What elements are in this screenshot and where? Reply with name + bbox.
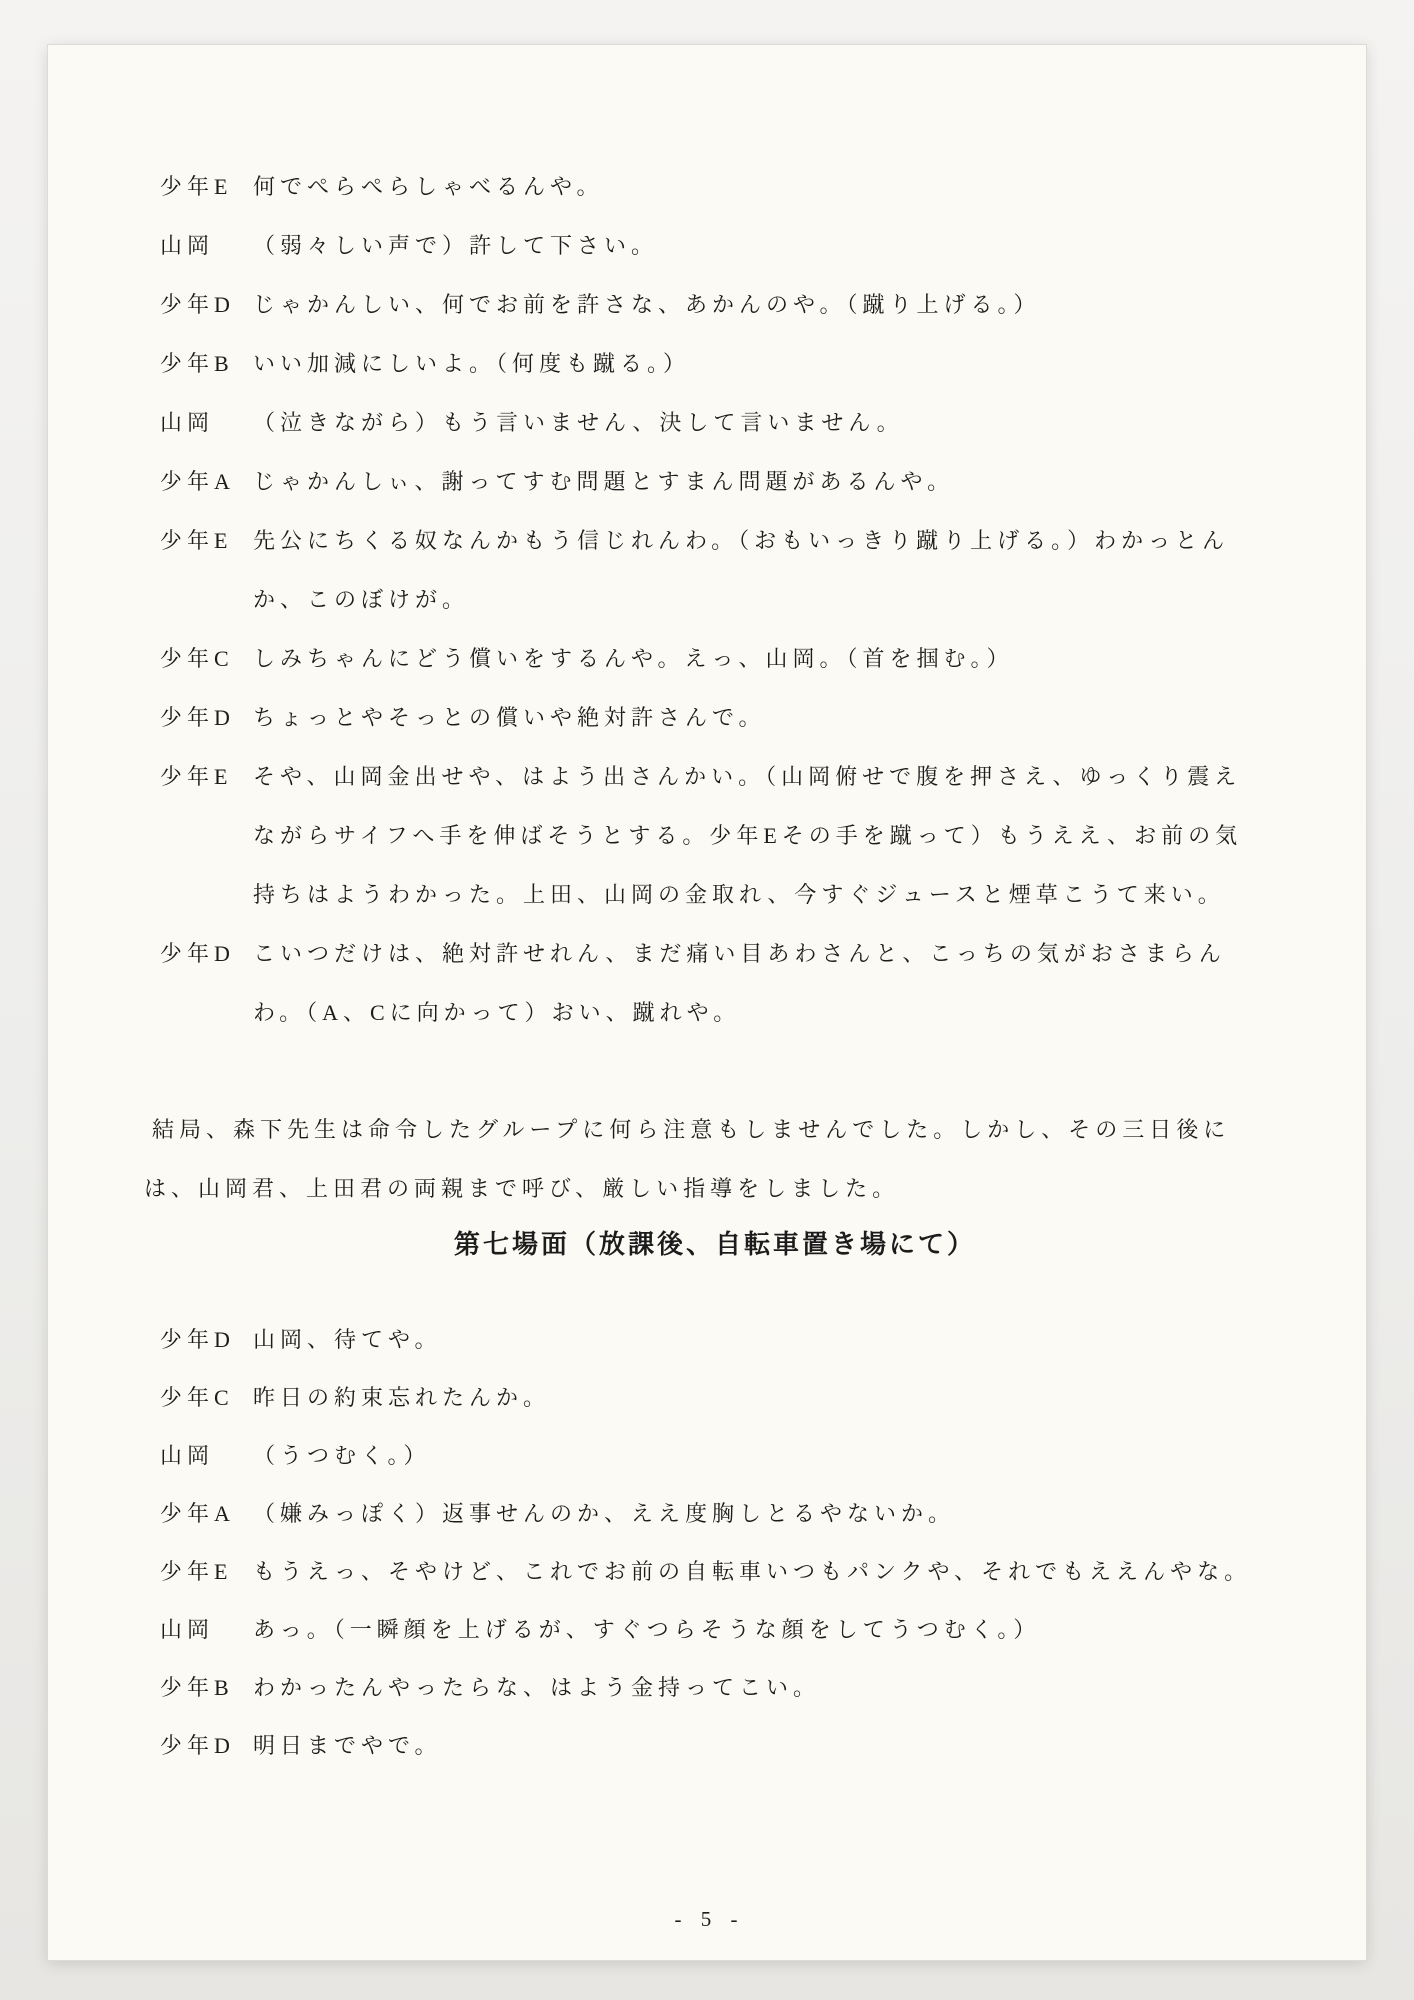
dialogue-text: あっ。（一瞬顔を上げるが、すぐつらそうな顔をしてうつむく。） [253,1601,1265,1659]
dialogue-line: 少年A （嫌みっぽく）返事せんのか、ええ度胸しとるやないか。 [160,1485,1270,1543]
scene-heading: 第七場面（放課後、自転車置き場にて） [160,1224,1270,1264]
speaker-label: 少年E [160,747,253,806]
speaker-label: 少年C [160,629,253,688]
dialogue-text: ちょっとやそっとの償いや絶対許さんで。 [253,688,1243,747]
dialogue-text: いい加減にしいよ。（何度も蹴る。） [253,334,1243,393]
dialogue-text: そや、山岡金出せや、はよう出さんかい。（山岡俯せで腹を押さえ、ゆっくり震えながら… [253,747,1243,924]
dialogue-line: 山岡 （うつむく。） [160,1427,1270,1485]
dialogue-line: 少年D 山岡、待てや。 [160,1311,1270,1369]
speaker-label: 少年C [160,1369,253,1427]
dialogue-line: 少年D 明日までやで。 [160,1717,1270,1775]
dialogue-text: （嫌みっぽく）返事せんのか、ええ度胸しとるやないか。 [253,1485,1265,1543]
speaker-label: 山岡 [160,216,253,275]
dialogue-text: 昨日の約束忘れたんか。 [253,1369,1265,1427]
scene7-dialogue-block: 少年D 山岡、待てや。 少年C 昨日の約束忘れたんか。 山岡 （うつむく。） 少… [160,1311,1270,1775]
dialogue-line: 少年C しみちゃんにどう償いをするんや。えっ、山岡。（首を掴む。） [160,629,1270,688]
dialogue-line: 少年E 先公にちくる奴なんかもう信じれんわ。（おもいっきり蹴り上げる。）わかっと… [160,511,1270,629]
dialogue-text: （泣きながら）もう言いません、決して言いません。 [253,393,1243,452]
dialogue-text: わかったんやったらな、はよう金持ってこい。 [253,1659,1265,1717]
speaker-label: 山岡 [160,1427,253,1485]
speaker-label: 少年D [160,688,253,747]
dialogue-text: 明日までやで。 [253,1717,1265,1775]
dialogue-line: 少年B いい加減にしいよ。（何度も蹴る。） [160,334,1270,393]
dialogue-text: じゃかんしぃ、謝ってすむ問題とすまん問題があるんや。 [253,452,1243,511]
dialogue-text: しみちゃんにどう償いをするんや。えっ、山岡。（首を掴む。） [253,629,1243,688]
page-number: - 5 - [48,1907,1366,1932]
dialogue-text: （うつむく。） [253,1427,1265,1485]
speaker-label: 少年D [160,1717,253,1775]
dialogue-line: 少年D ちょっとやそっとの償いや絶対許さんで。 [160,688,1270,747]
speaker-label: 少年B [160,1659,253,1717]
dialogue-text: 先公にちくる奴なんかもう信じれんわ。（おもいっきり蹴り上げる。）わかっとんか、こ… [253,511,1243,629]
dialogue-line: 少年A じゃかんしぃ、謝ってすむ問題とすまん問題があるんや。 [160,452,1270,511]
dialogue-line: 少年E そや、山岡金出せや、はよう出さんかい。（山岡俯せで腹を押さえ、ゆっくり震… [160,747,1270,924]
speaker-label: 少年D [160,1311,253,1369]
speaker-label: 少年D [160,275,253,334]
document-page: 少年E 何でぺらぺらしゃべるんや。 山岡 （弱々しい声で）許して下さい。 少年D… [48,45,1366,1960]
dialogue-line: 山岡 （弱々しい声で）許して下さい。 [160,216,1270,275]
dialogue-line: 少年E 何でぺらぺらしゃべるんや。 [160,157,1270,216]
dialogue-line: 山岡 あっ。（一瞬顔を上げるが、すぐつらそうな顔をしてうつむく。） [160,1601,1270,1659]
scene6-dialogue-block: 少年E 何でぺらぺらしゃべるんや。 山岡 （弱々しい声で）許して下さい。 少年D… [160,157,1270,1042]
dialogue-line: 少年B わかったんやったらな、はよう金持ってこい。 [160,1659,1270,1717]
speaker-label: 少年B [160,334,253,393]
page-content: 少年E 何でぺらぺらしゃべるんや。 山岡 （弱々しい声で）許して下さい。 少年D… [48,45,1366,1960]
dialogue-text: 何でぺらぺらしゃべるんや。 [253,157,1243,216]
dialogue-line: 少年D じゃかんしい、何でお前を許さな、あかんのや。（蹴り上げる。） [160,275,1270,334]
dialogue-text: （弱々しい声で）許して下さい。 [253,216,1243,275]
speaker-label: 山岡 [160,1601,253,1659]
dialogue-text: 山岡、待てや。 [253,1311,1265,1369]
dialogue-text: じゃかんしい、何でお前を許さな、あかんのや。（蹴り上げる。） [253,275,1243,334]
speaker-label: 少年A [160,1485,253,1543]
speaker-label: 少年E [160,157,253,216]
dialogue-line: 少年C 昨日の約束忘れたんか。 [160,1369,1270,1427]
dialogue-text: こいつだけは、絶対許せれん、まだ痛い目あわさんと、こっちの気がおさまらんわ。（A… [253,924,1243,1042]
speaker-label: 少年A [160,452,253,511]
speaker-label: 少年D [160,924,253,983]
speaker-label: 少年E [160,511,253,570]
narration-paragraph: 結局、森下先生は命令したグループに何ら注意もしませんでした。しかし、その三日後に… [144,1100,1256,1218]
dialogue-text: もうえっ、そやけど、これでお前の自転車いつもパンクや、それでもええんやな。 [253,1543,1265,1601]
dialogue-line: 少年E もうえっ、そやけど、これでお前の自転車いつもパンクや、それでもええんやな… [160,1543,1270,1601]
dialogue-line: 山岡 （泣きながら）もう言いません、決して言いません。 [160,393,1270,452]
speaker-label: 山岡 [160,393,253,452]
speaker-label: 少年E [160,1543,253,1601]
dialogue-line: 少年D こいつだけは、絶対許せれん、まだ痛い目あわさんと、こっちの気がおさまらん… [160,924,1270,1042]
